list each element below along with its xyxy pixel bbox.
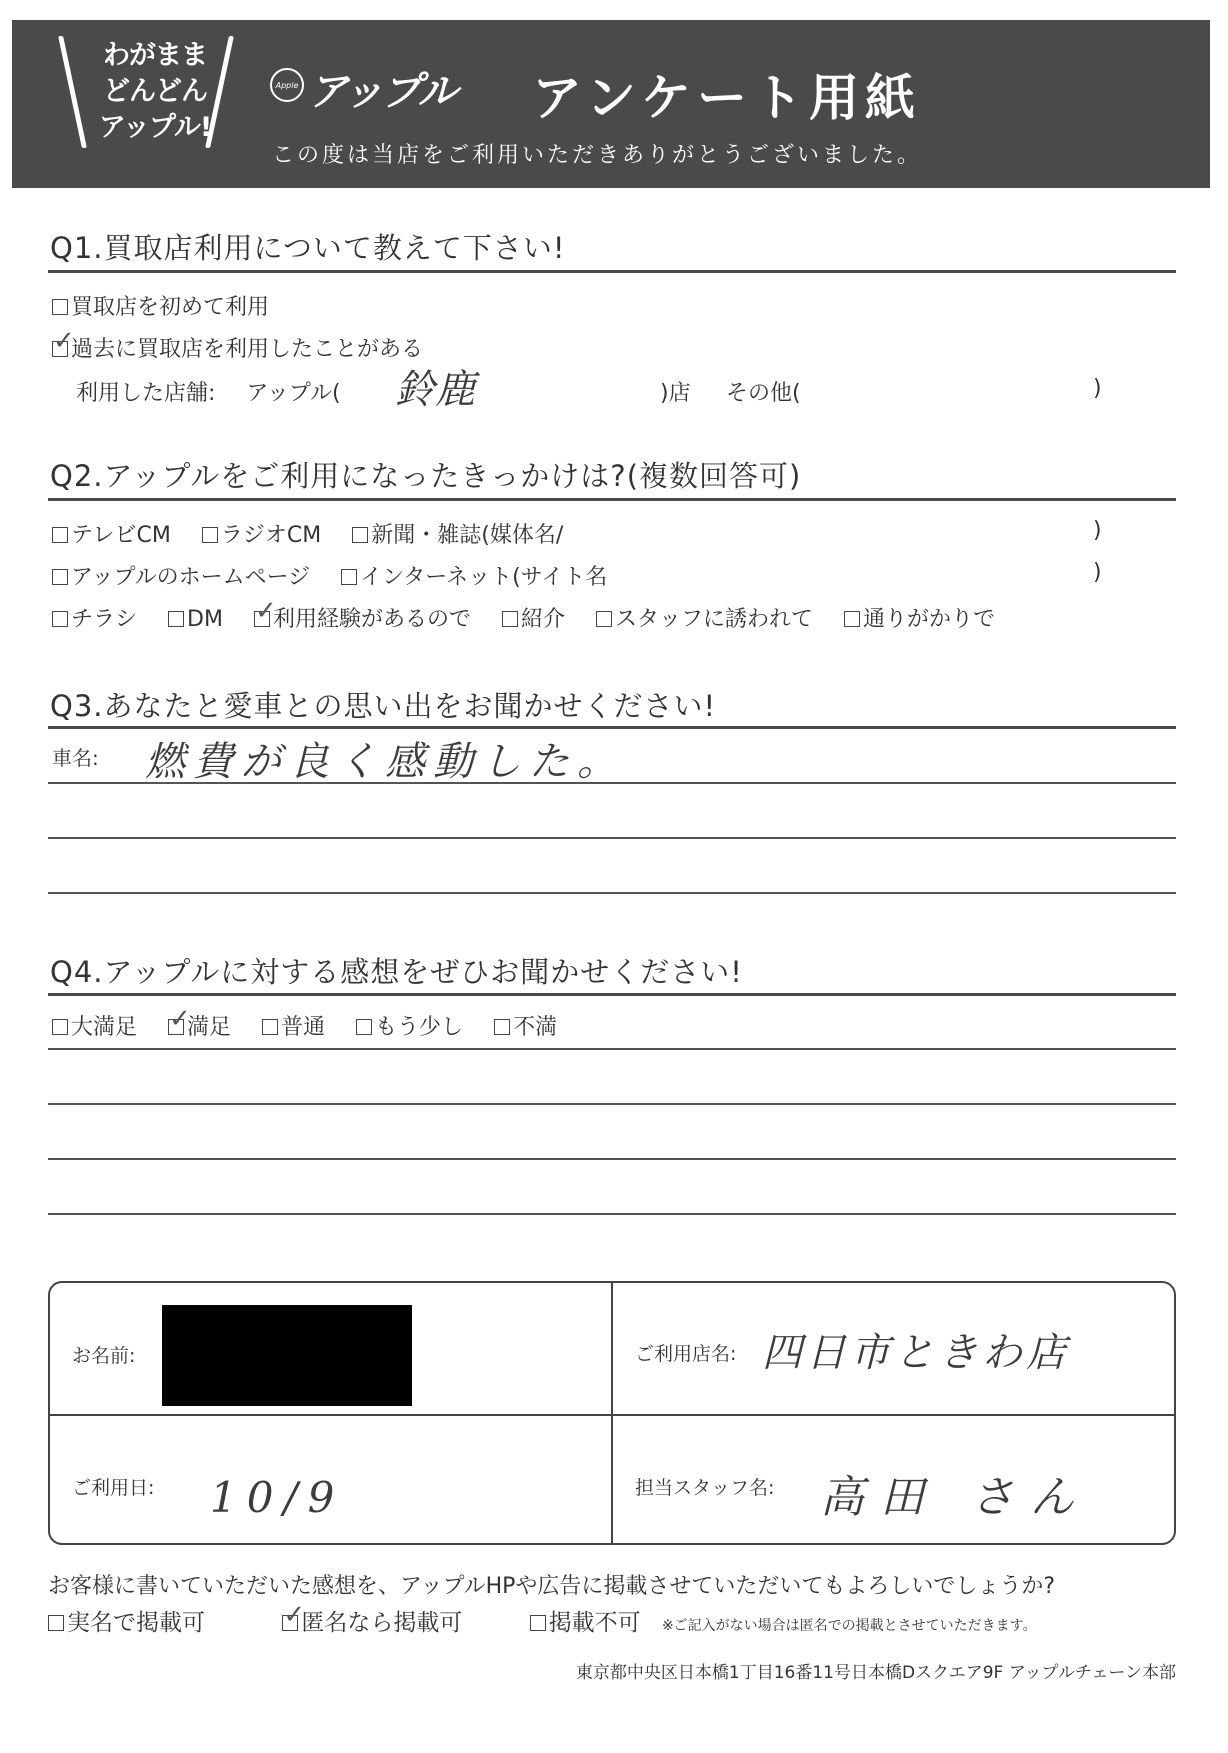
answer-line: [48, 782, 1176, 784]
consent-option-no-publish[interactable]: 掲載不可: [530, 1604, 641, 1637]
option-label: 通りがかりで: [863, 607, 995, 632]
q4-option-satisfied[interactable]: 満足: [168, 1010, 231, 1041]
q2-option-radio-cm[interactable]: ラジオCM: [202, 518, 321, 549]
option-label: 過去に買取店を利用したことがある: [71, 337, 423, 362]
option-label: 掲載不可: [549, 1610, 641, 1636]
store-label: 利用した店舗:: [76, 381, 215, 406]
option-label: DM: [187, 607, 223, 632]
catchphrase-line-1: わがまま: [90, 38, 220, 74]
answer-line: [48, 1048, 1176, 1050]
name-redacted: [162, 1305, 412, 1406]
store-name-handwritten[interactable]: 四日市ときわ店: [762, 1321, 1070, 1378]
divider-vertical: [611, 1283, 613, 1543]
divider: [48, 726, 1176, 729]
option-label: インターネット(サイト名: [360, 565, 607, 590]
option-label: チラシ: [71, 607, 137, 632]
q2-option-newspaper[interactable]: 新聞・雑誌(媒体名/: [352, 518, 563, 549]
answer-line: [48, 1158, 1176, 1160]
checkbox[interactable]: [202, 527, 218, 543]
q3-answer-handwritten[interactable]: 燃費が良く感動した。: [145, 730, 625, 787]
answer-line: [48, 1103, 1176, 1105]
option-label: 実名で掲載可: [67, 1610, 205, 1636]
option-label: ラジオCM: [221, 523, 321, 548]
q2-row-1: テレビCM ラジオCM 新聞・雑誌(媒体名/: [52, 518, 587, 549]
q1-other-suffix: ): [1093, 376, 1102, 401]
q3-heading: Q3.あなたと愛車との思い出をお聞かせください!: [50, 684, 716, 725]
staff-name-label: 担当スタッフ名:: [635, 1473, 774, 1500]
answer-line: [48, 837, 1176, 839]
header-banner: わがまま どんどん アップル! Apple アップル アンケート用紙 この度は当…: [12, 20, 1210, 188]
q1-other-prefix: その他(: [726, 376, 801, 407]
consent-option-real-name[interactable]: 実名で掲載可: [48, 1604, 205, 1637]
checkbox[interactable]: [341, 569, 357, 585]
q2-option-staff-invite[interactable]: スタッフに誘われて: [596, 602, 813, 633]
logo-badge-text: Apple: [276, 81, 299, 90]
checkbox-checked[interactable]: [52, 341, 68, 357]
q4-option-very-satisfied[interactable]: 大満足: [52, 1010, 137, 1041]
option-label: もう少し: [375, 1015, 463, 1040]
car-name-label: 車名:: [52, 742, 99, 771]
checkbox[interactable]: [168, 611, 184, 627]
divider-horizontal: [50, 1414, 1174, 1416]
q2-option-homepage[interactable]: アップルのホームページ: [52, 560, 310, 591]
date-handwritten[interactable]: 10/9: [210, 1473, 344, 1522]
page-subtitle: この度は当店をご利用いただきありがとうございました。: [272, 138, 922, 169]
q2-row-3: チラシ DM 利用経験があるので 紹介 スタッフに誘われて 通りがかりで: [52, 602, 1019, 633]
customer-info-box: お名前: ご利用店名: 四日市ときわ店 ご利用日: 10/9 担当スタッフ名: …: [48, 1281, 1176, 1545]
logo-text: アップル: [308, 60, 456, 117]
checkbox[interactable]: [352, 527, 368, 543]
date-label: ご利用日:: [72, 1473, 154, 1500]
q2-option-referral[interactable]: 紹介: [502, 602, 565, 633]
checkbox[interactable]: [52, 611, 68, 627]
checkbox[interactable]: [356, 1019, 372, 1035]
q1-option-first-time[interactable]: 買取店を初めて利用: [52, 290, 269, 321]
page-title: アンケート用紙: [532, 58, 921, 130]
q2-option-dm[interactable]: DM: [168, 607, 223, 632]
q1-store-suffix: )店: [660, 376, 691, 407]
q2-option-internet[interactable]: インターネット(サイト名: [341, 560, 607, 591]
consent-note: ※ご記入がない場合は匿名での掲載とさせていただきます。: [662, 1618, 1037, 1634]
q2-row-2: アップルのホームページ インターネット(サイト名: [52, 560, 631, 591]
checkbox[interactable]: [48, 1615, 64, 1631]
checkbox-checked[interactable]: [254, 611, 270, 627]
checkbox[interactable]: [530, 1615, 546, 1631]
catchphrase: わがまま どんどん アップル!: [90, 38, 220, 146]
staff-name-handwritten[interactable]: 高田 さん: [820, 1461, 1090, 1525]
option-label: 利用経験があるので: [273, 607, 471, 632]
q4-option-dissatisfied[interactable]: 不満: [494, 1010, 557, 1041]
checkbox[interactable]: [52, 527, 68, 543]
q2-option-flyer[interactable]: チラシ: [52, 602, 137, 633]
q2-option-prior-use[interactable]: 利用経験があるので: [254, 602, 471, 633]
q4-options: 大満足 満足 普通 もう少し 不満: [52, 1010, 581, 1041]
consent-question: お客様に書いていただいた感想を、アップルHPや広告に掲載させていただいてもよろし…: [48, 1569, 1055, 1600]
checkbox[interactable]: [52, 569, 68, 585]
option-label: 紹介: [521, 607, 565, 632]
option-label: 買取店を初めて利用: [71, 295, 269, 320]
consent-options: 実名で掲載可 匿名なら掲載可 掲載不可 ※ご記入がない場合は匿名での掲載とさせて…: [48, 1604, 1037, 1637]
option-label: テレビCM: [71, 523, 171, 548]
checkbox[interactable]: [262, 1019, 278, 1035]
slash-decoration-left: [58, 36, 87, 148]
option-label: スタッフに誘われて: [615, 607, 813, 632]
q2-heading: Q2.アップルをご利用になったきっかけは?(複数回答可): [50, 454, 801, 495]
option-label: 匿名なら掲載可: [301, 1610, 462, 1636]
option-label: 不満: [513, 1015, 557, 1040]
q1-store-row: 利用した店舗: アップル(: [76, 376, 341, 407]
apple-logo-icon: Apple: [270, 68, 304, 102]
checkbox[interactable]: [844, 611, 860, 627]
answer-line: [48, 892, 1176, 894]
consent-option-anonymous[interactable]: 匿名なら掲載可: [282, 1604, 462, 1637]
option-label: 大満足: [71, 1015, 137, 1040]
catchphrase-line-2: どんどん: [90, 74, 220, 110]
q2-option-passing-by[interactable]: 通りがかりで: [844, 602, 995, 633]
answer-line: [48, 1213, 1176, 1215]
q1-apple-store-handwritten[interactable]: 鈴鹿: [395, 358, 475, 415]
checkbox-checked[interactable]: [282, 1615, 298, 1631]
name-label: お名前:: [72, 1341, 135, 1368]
checkbox[interactable]: [596, 611, 612, 627]
checkbox[interactable]: [52, 299, 68, 315]
checkbox-checked[interactable]: [168, 1019, 184, 1035]
divider: [48, 498, 1176, 501]
checkbox[interactable]: [502, 611, 518, 627]
option-label: 満足: [187, 1015, 231, 1040]
q2-option-tv-cm[interactable]: テレビCM: [52, 518, 171, 549]
catchphrase-line-3: アップル!: [90, 110, 220, 146]
apple-prefix: アップル(: [246, 381, 340, 406]
checkbox[interactable]: [52, 1019, 68, 1035]
divider: [48, 270, 1176, 273]
close-paren: ): [1093, 560, 1102, 585]
option-label: 普通: [281, 1015, 325, 1040]
footer-address: 東京都中央区日本橋1丁目16番11号日本橋Dスクエア9F アップルチェーン本部: [0, 1658, 1176, 1683]
option-label: 新聞・雑誌(媒体名/: [371, 523, 563, 548]
checkbox[interactable]: [494, 1019, 510, 1035]
option-label: アップルのホームページ: [71, 565, 310, 590]
store-name-label: ご利用店名:: [635, 1339, 736, 1366]
q1-option-used-before[interactable]: 過去に買取店を利用したことがある: [52, 332, 423, 363]
divider: [48, 993, 1176, 996]
close-paren: ): [1093, 518, 1102, 543]
q4-option-average[interactable]: 普通: [262, 1010, 325, 1041]
q4-option-could-be-better[interactable]: もう少し: [356, 1010, 463, 1041]
q1-heading: Q1.買取店利用について教えて下さい!: [50, 226, 566, 267]
q4-heading: Q4.アップルに対する感想をぜひお聞かせください!: [50, 950, 743, 991]
